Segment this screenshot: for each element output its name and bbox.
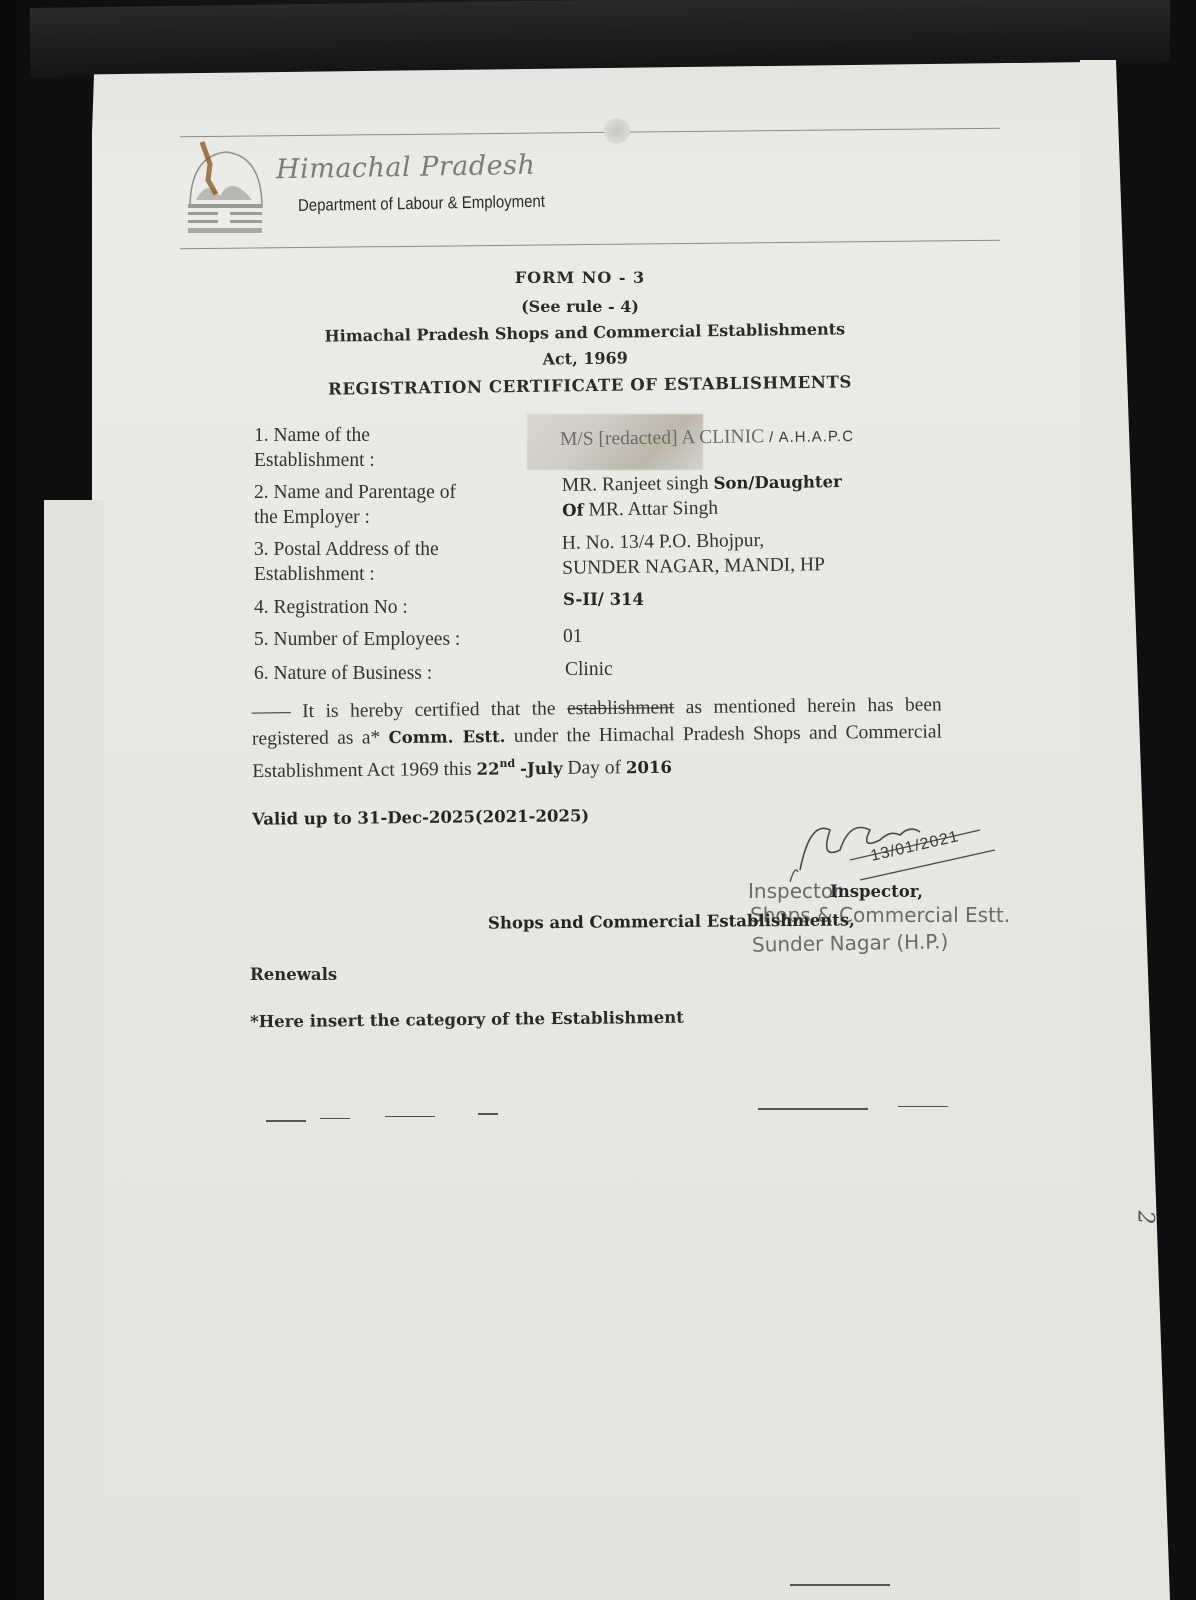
field-3-label-line2: Establishment :	[254, 562, 439, 587]
field-3-label-line1: 3. Postal Address of the	[254, 537, 439, 562]
blank-line-mark	[758, 1108, 868, 1110]
registration-month: -July	[520, 759, 563, 778]
signatory-title: Inspector,	[830, 882, 923, 901]
blank-line-mark	[790, 1584, 890, 1586]
renewals-label: Renewals	[250, 965, 337, 984]
parent-name: MR. Attar Singh	[588, 498, 718, 521]
blank-line-mark	[385, 1116, 435, 1117]
cert-text-a: It is hereby certified that the	[302, 698, 556, 722]
field-3-label: 3. Postal Address of the Establishment :	[254, 537, 439, 587]
certification-paragraph: —— It is hereby certified that the estab…	[252, 691, 943, 785]
field-3-value: H. No. 13/4 P.O. Bhojpur, SUNDER NAGAR, …	[562, 527, 825, 581]
establishment-name: M/S [redacted] A CLINIC	[560, 426, 764, 450]
act-title: Himachal Pradesh Shops and Commercial Es…	[250, 315, 921, 376]
field-1-value: M/S [redacted] A CLINIC / A.H.A.P.C	[560, 423, 854, 453]
signatory-department: Shops and Commercial Establishments,	[488, 910, 855, 932]
address-line2: SUNDER NAGAR, MANDI, HP	[562, 552, 825, 581]
registration-year: 2016	[626, 758, 672, 777]
field-6-label: 6. Nature of Business :	[254, 661, 432, 686]
of-label: Of	[562, 501, 584, 520]
field-1-label-line2: Establishment :	[254, 448, 375, 473]
see-rule: (See rule - 4)	[430, 297, 730, 316]
business-nature: Clinic	[565, 657, 613, 682]
field-2-label-line2: the Employer :	[254, 505, 456, 530]
cert-text-d: Day of	[567, 757, 621, 779]
field-2-label: 2. Name and Parentage of the Employer :	[254, 480, 456, 530]
field-2-value: MR. Ranjeet singh Son/Daughter Of MR. At…	[562, 469, 843, 523]
establishment-handwritten-suffix: / A.H.A.P.C	[769, 428, 854, 446]
blank-line-mark	[478, 1113, 498, 1115]
pin-hole	[604, 118, 630, 144]
establishment-category: Comm. Estt.	[388, 727, 505, 747]
day-suffix: nd	[499, 757, 515, 770]
validity: Valid up to 31-Dec-2025(2021-2025)	[252, 806, 589, 829]
blank-line-mark	[320, 1118, 350, 1119]
field-1-label: 1. Name of the Establishment :	[254, 423, 375, 473]
employee-count: 01	[563, 624, 583, 649]
stamp-line3: Sunder Nagar (H.P.)	[752, 928, 949, 957]
hp-emblem-logo-icon	[182, 138, 266, 236]
blank-line-mark	[898, 1106, 948, 1107]
address-line1: H. No. 13/4 P.O. Bhojpur,	[562, 527, 825, 556]
form-number: FORM NO - 3	[430, 268, 730, 287]
field-4-label: 4. Registration No :	[254, 595, 408, 620]
registration-day: 22	[476, 760, 499, 779]
cert-text-struck: establishment	[567, 697, 674, 719]
state-name: Himachal Pradesh	[276, 150, 536, 186]
field-2-label-line1: 2. Name and Parentage of	[254, 480, 456, 505]
margin-mark: 2	[1133, 1211, 1158, 1225]
field-5-label: 5. Number of Employees :	[254, 627, 460, 652]
field-1-label-line1: 1. Name of the	[254, 423, 375, 448]
paper-left-edge	[44, 500, 104, 1600]
relation-label: Son/Daughter	[713, 472, 842, 493]
leading-dash: ——	[252, 701, 291, 722]
employer-name: MR. Ranjeet singh	[562, 473, 709, 496]
stamp-line1: Inspector	[748, 878, 841, 904]
registration-number: S-II/ 314	[563, 590, 644, 609]
blank-line-mark	[266, 1120, 306, 1122]
